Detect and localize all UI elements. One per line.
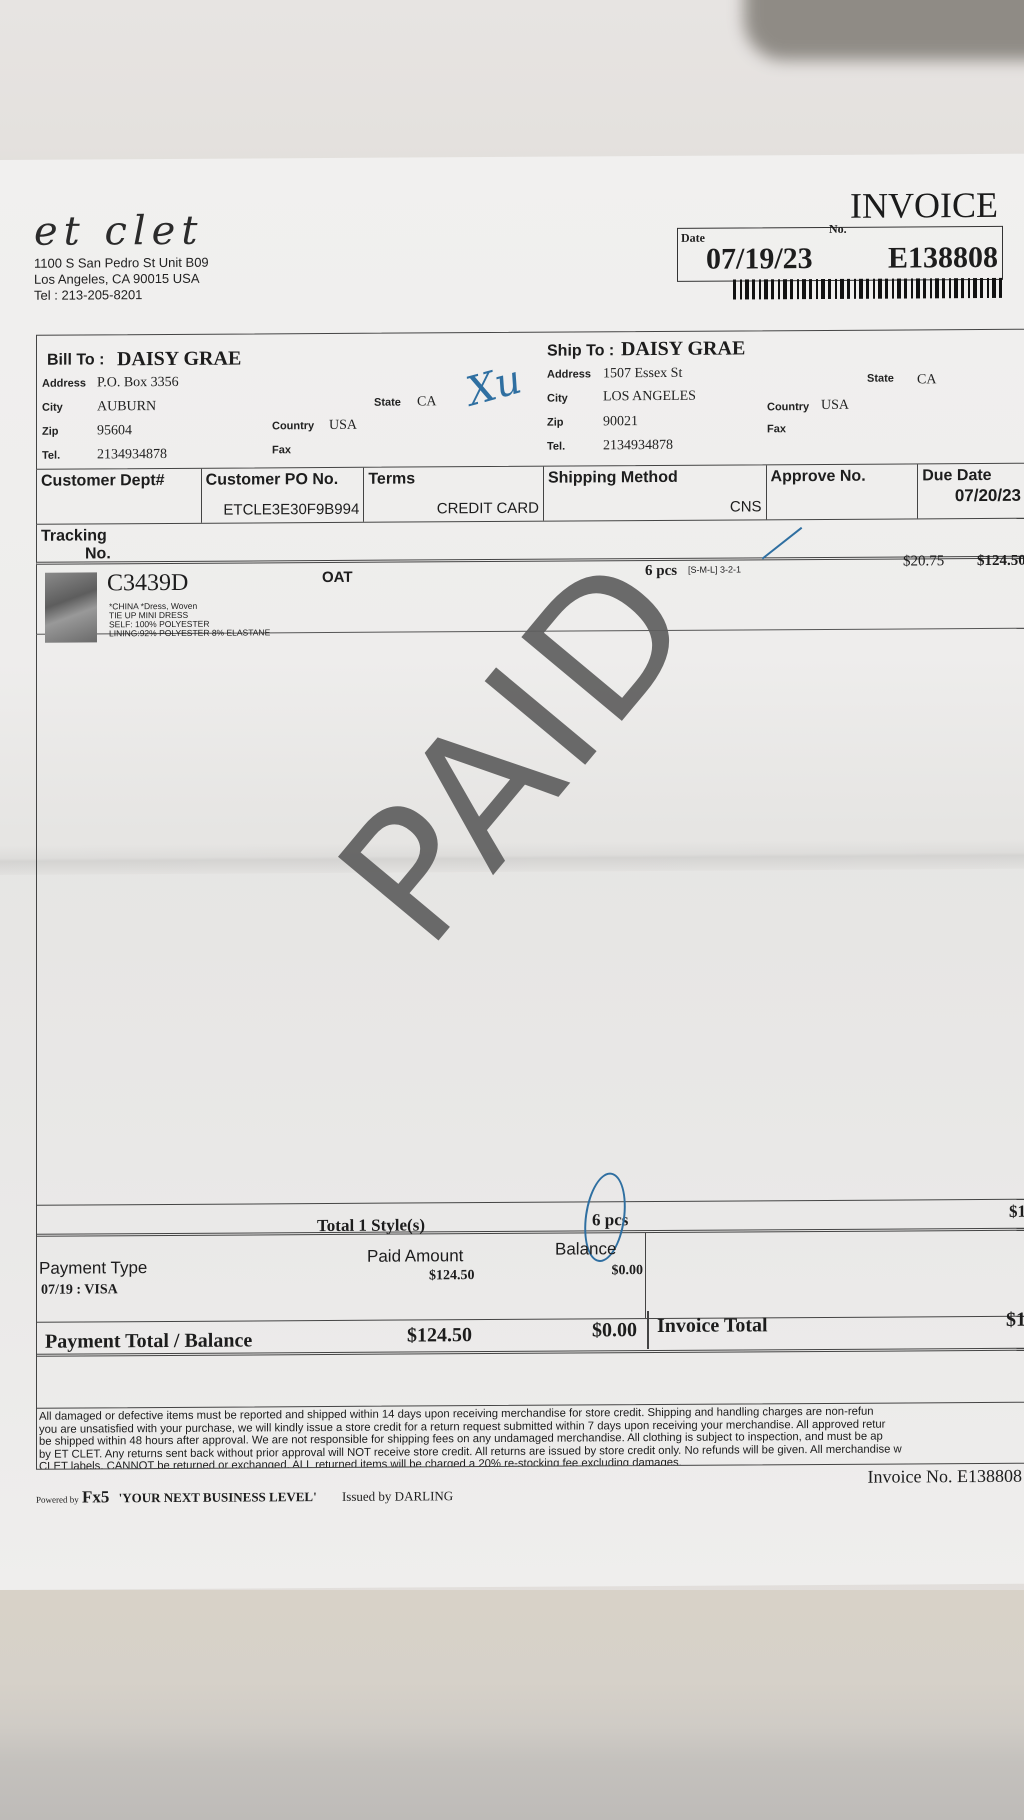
bill-to-label: Bill To : [47, 351, 104, 369]
invoice-paper: et clet 1100 S San Pedro St Unit B09 Los… [0, 154, 1024, 1590]
shipping-method-label: Shipping Method [544, 465, 766, 490]
paid-amount-label: Paid Amount [367, 1246, 463, 1267]
bill-city: AUBURN [97, 399, 156, 415]
terms-label: Terms [364, 467, 543, 492]
ship-tel: 2134934878 [603, 438, 673, 454]
company-logo: et clet [34, 211, 203, 252]
payment-total-paid: $124.50 [407, 1324, 472, 1347]
bill-tel: 2134934878 [97, 447, 167, 463]
bill-fax-label: Fax [272, 444, 291, 456]
invoice-date: 07/19/23 [706, 242, 813, 277]
bill-zip: 95604 [97, 423, 132, 439]
ship-to-label: Ship To : [547, 342, 614, 360]
customer-po-label: Customer PO No. [202, 468, 364, 493]
due-date-value: 07/20/23 [955, 486, 1021, 506]
date-label: Date [681, 231, 705, 246]
ship-city: LOS ANGELES [603, 389, 696, 406]
ship-zip-label: Zip [547, 417, 564, 429]
balance-label: Balance [555, 1239, 616, 1259]
ship-country-label: Country [767, 401, 809, 413]
invoice-date-box: Date No. 07/19/23 E138808 [677, 226, 1003, 282]
payment-type: 07/19 : VISA [41, 1282, 118, 1298]
ship-address-label: Address [547, 368, 591, 380]
payment-box: Payment Type 07/19 : VISA Paid Amount $1… [36, 1233, 646, 1322]
ship-address: 1507 Essex St [603, 366, 682, 382]
shipping-method-value: CNS [730, 498, 762, 515]
item-unit-price: $20.75 [903, 553, 944, 570]
order-info-row: Customer Dept# Customer PO No. ETCLE3E30… [36, 464, 1024, 525]
invoice-title: INVOICE [850, 184, 998, 227]
footer-credits: Powered by Fx5 'YOUR NEXT BUSINESS LEVEL… [36, 1485, 453, 1508]
approve-no-label: Approve No. [767, 464, 918, 489]
balance-value: $0.00 [612, 1263, 644, 1279]
payment-total-balance: $0.00 [592, 1319, 637, 1342]
bill-to-name: DAISY GRAE [117, 348, 241, 372]
footer-invoice-no: Invoice No. E138808 [868, 1466, 1022, 1488]
address-box: Bill To : DAISY GRAE Address P.O. Box 33… [36, 329, 1024, 470]
payment-total-label: Payment Total / Balance [45, 1329, 252, 1353]
invoice-number: E138808 [888, 241, 998, 276]
bill-address: P.O. Box 3356 [97, 375, 179, 391]
due-date-cell: Due Date 07/20/23 [918, 464, 1024, 519]
terms-value: CREDIT CARD [437, 500, 539, 518]
terms-cell: Terms CREDIT CARD [364, 467, 544, 522]
ship-city-label: City [547, 393, 568, 405]
totals-row: Total 1 Style(s) 6 pcs $1 [36, 1199, 1024, 1237]
due-date-label: Due Date [918, 464, 1024, 489]
shipping-method-cell: Shipping Method CNS [544, 465, 767, 520]
tracking-label-no: No. [81, 542, 115, 566]
company-tel: Tel : 213-205-8201 [34, 287, 142, 303]
item-qty: 6 pcs [645, 563, 677, 580]
powered-by-label: Powered by [36, 1495, 79, 1505]
background-shadow [744, 0, 1024, 60]
customer-dept-label: Customer Dept# [37, 469, 201, 494]
bill-state: CA [417, 394, 436, 410]
item-color: OAT [322, 569, 353, 586]
divider [647, 1311, 649, 1349]
ship-fax-label: Fax [767, 423, 786, 435]
product-thumbnail [45, 572, 97, 642]
issued-by: Issued by DARLING [342, 1488, 453, 1504]
tracking-row: Tracking No. [36, 519, 1024, 565]
total-amount: $1 [1009, 1202, 1024, 1222]
item-style-no: C3439D [107, 570, 188, 597]
company-address-line1: 1100 S San Pedro St Unit B09 [34, 255, 209, 271]
ship-tel-label: Tel. [547, 441, 565, 453]
company-address-line2: Los Angeles, CA 90015 USA [34, 271, 200, 287]
handwritten-initials: Xu [462, 357, 526, 416]
paid-amount: $124.50 [429, 1268, 475, 1284]
barcode [733, 278, 1005, 300]
ship-to-name: DAISY GRAE [621, 337, 745, 361]
bill-country: USA [329, 418, 357, 434]
invoice-total-label: Invoice Total [657, 1314, 768, 1338]
payment-type-label: Payment Type [39, 1258, 147, 1279]
item-size-breakdown: [S-M-L] 3-2-1 [688, 564, 741, 574]
ship-country: USA [821, 398, 849, 414]
bill-state-label: State [374, 397, 401, 409]
invoice-no-label: No. [829, 222, 847, 237]
customer-po-cell: Customer PO No. ETCLE3E30F9B994 [202, 468, 365, 523]
customer-dept-cell: Customer Dept# [37, 469, 202, 524]
invoice-total-value: $1 [1006, 1309, 1024, 1332]
payment-total-row: Payment Total / Balance $124.50 $0.00 In… [36, 1316, 1024, 1357]
ship-zip: 90021 [603, 414, 638, 430]
ship-state: CA [917, 372, 936, 388]
table-surface [0, 1590, 1024, 1820]
footer-slogan: 'YOUR NEXT BUSINESS LEVEL' [119, 1489, 317, 1505]
bill-country-label: Country [272, 420, 314, 432]
item-amount: $124.50 [977, 553, 1024, 570]
powered-by-brand: Fx5 [82, 1487, 109, 1506]
ship-state-label: State [867, 373, 894, 385]
bill-tel-label: Tel. [42, 450, 60, 462]
customer-po-value: ETCLE3E30F9B994 [223, 501, 359, 519]
bill-address-label: Address [42, 377, 86, 389]
approve-no-cell: Approve No. [767, 464, 919, 519]
bill-zip-label: Zip [42, 426, 59, 438]
terms-and-conditions: All damaged or defective items must be r… [36, 1402, 1024, 1470]
total-styles: Total 1 Style(s) [317, 1215, 425, 1236]
bill-city-label: City [42, 402, 63, 414]
